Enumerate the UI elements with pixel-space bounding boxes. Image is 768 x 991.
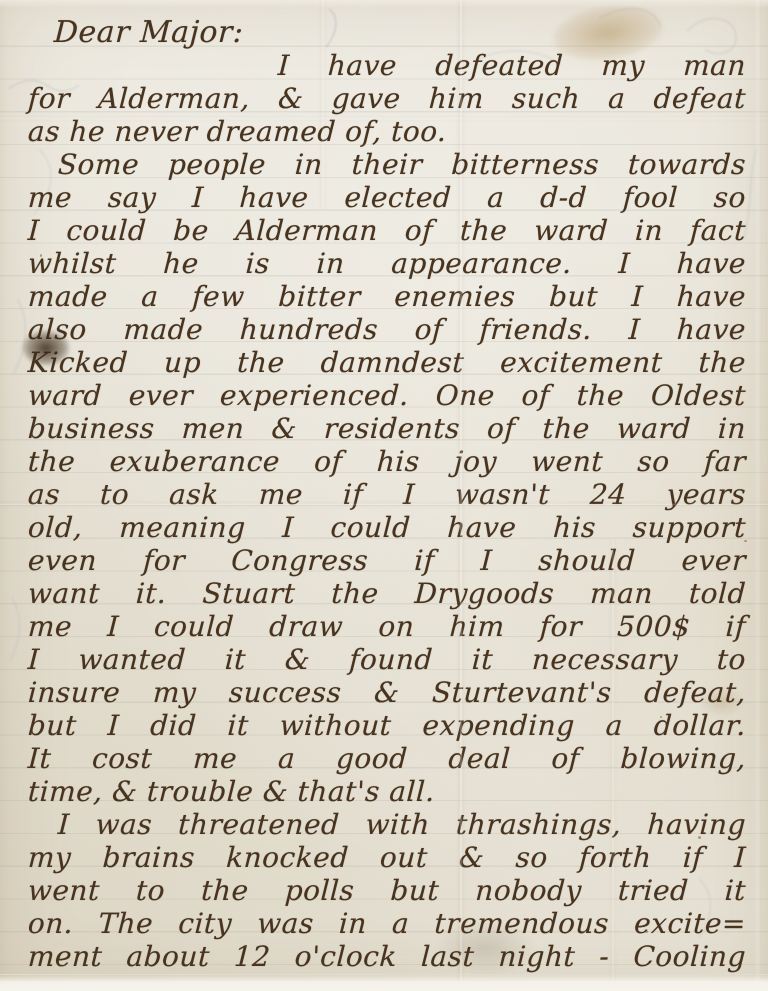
letter-line: Some people in their bitterness towards xyxy=(57,148,747,181)
letter-line: It cost me a good deal of blowing, xyxy=(27,742,747,775)
letter-line: the exuberance of his joy went so far xyxy=(27,445,747,478)
paper-edge-top xyxy=(0,0,768,8)
letter-line: want it. Stuart the Drygoods man told xyxy=(27,577,747,610)
letter-line: I could be Alderman of the ward in fact xyxy=(27,214,747,247)
letter-line: business men & residents of the ward in xyxy=(27,412,747,445)
letter-line: time, & trouble & that's all. xyxy=(27,775,747,808)
letter-line: whilst he is in appearance. I have xyxy=(27,247,747,280)
letter-body: Dear Major:I have defeated my manfor Ald… xyxy=(28,16,746,973)
letter-line: went to the polls but nobody tried it xyxy=(27,874,747,907)
paper-edge-bottom xyxy=(0,974,768,991)
letter-line: Dear Major: xyxy=(53,16,747,49)
letter-line: I wanted it & found it necessary to xyxy=(27,643,747,676)
letter-line: ward ever experienced. One of the Oldest xyxy=(27,379,747,412)
letter-line: insure my success & Sturtevant's defeat, xyxy=(27,676,747,709)
letter-line: also made hundreds of friends. I have xyxy=(27,313,747,346)
letter-line: but I did it without expending a dollar. xyxy=(27,709,747,742)
letter-line: old, meaning I could have his support xyxy=(27,511,747,544)
letter-line: me I could draw on him for 500$ if xyxy=(27,610,747,643)
letter-line: my brains knocked out & so forth if I xyxy=(27,841,747,874)
letter-line: as to ask me if I wasn't 24 years xyxy=(27,478,747,511)
letter-line: made a few bitter enemies but I have xyxy=(27,280,747,313)
letter-line: ment about 12 o'clock last night - Cooli… xyxy=(27,940,747,973)
letter-line: I was threatened with thrashings, having xyxy=(57,808,747,841)
letter-line: on. The city was in a tremendous excite= xyxy=(27,907,747,940)
paper-edge-right xyxy=(754,0,762,991)
letter-line: even for Congress if I should ever xyxy=(27,544,747,577)
letter-line: I have defeated my man xyxy=(277,49,747,82)
ink-blot xyxy=(22,330,70,366)
letter-line: for Alderman, & gave him such a defeat xyxy=(27,82,747,115)
letter-page: Dear Major:I have defeated my manfor Ald… xyxy=(0,0,768,991)
letter-line: as he never dreamed of, too. xyxy=(27,115,747,148)
letter-line: me say I have elected a d-d fool so xyxy=(27,181,747,214)
letter-line: Kicked up the damndest excitement the xyxy=(27,346,747,379)
